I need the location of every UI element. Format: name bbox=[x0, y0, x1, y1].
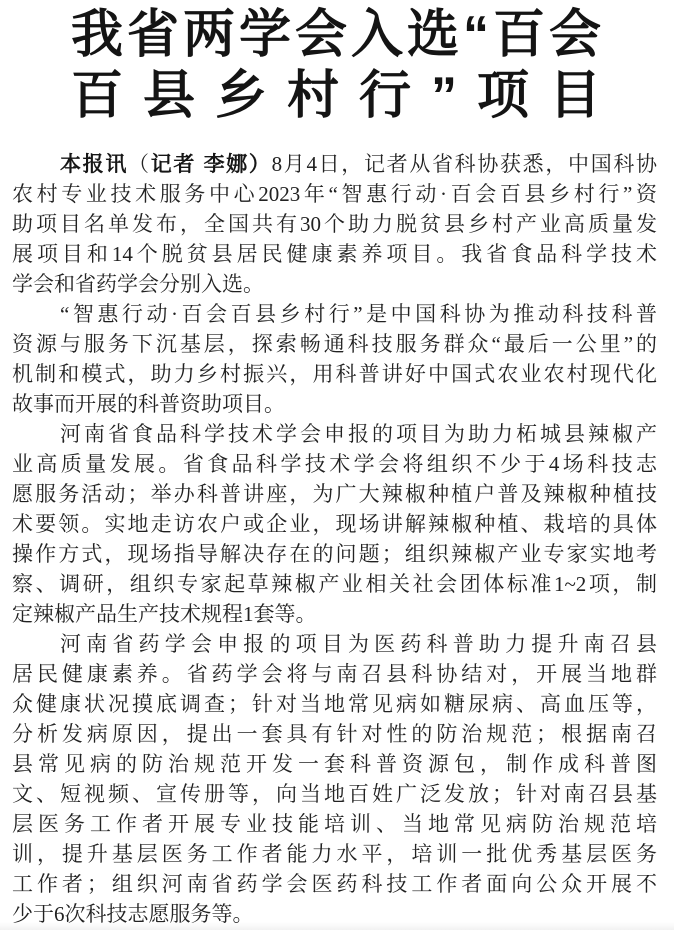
article-line: 分析发病原因，提出一套具有针对性的防治规范；根据南召 bbox=[12, 719, 657, 749]
article-line: 业高质量发展。省食品科学技术学会将组织不少于4场科技志 bbox=[12, 449, 657, 479]
article-line: 层医务工作者开展专业技能培训、当地常见病防治规范培 bbox=[12, 809, 657, 839]
article-line: 训，提升基层医务工作者能力水平，培训一批优秀基层医务 bbox=[12, 839, 657, 869]
article-line: 展项目和14个脱贫县居民健康素养项目。我省食品科学技术 bbox=[12, 239, 657, 269]
headline-line-2: 百县乡村行”项目 bbox=[71, 66, 601, 127]
article-line: 定辣椒产品生产技术规程1套等。 bbox=[12, 599, 657, 629]
article-line: 居民健康素养。省药学会将与南召县科协结对，开展当地群 bbox=[12, 659, 657, 689]
dateline-source: 本报讯 bbox=[60, 153, 128, 176]
article-line: 学会和省药学会分别入选。 bbox=[12, 269, 657, 299]
article-line: 工作者；组织河南省药学会医药科技工作者面向公众开展不 bbox=[12, 869, 657, 899]
article-line: 本报讯（记者 李娜）8月4日，记者从省科协获悉，中国科协 bbox=[12, 149, 657, 179]
article-line: 愿服务活动；举办科普讲座，为广大辣椒种植户普及辣椒种植技 bbox=[12, 479, 657, 509]
article-line: 河南省药学会申报的项目为医药科普助力提升南召县 bbox=[12, 629, 657, 659]
article-line: 机制和模式，助力乡村振兴，用科普讲好中国式农业农村现代化 bbox=[12, 359, 657, 389]
paragraph-pharmaceutical-society: 河南省药学会申报的项目为医药科普助力提升南召县 居民健康素养。省药学会将与南召县… bbox=[12, 629, 657, 929]
article-line: 文、短视频、宣传册等，向当地百姓广泛发放；针对南召县基 bbox=[12, 779, 657, 809]
article-line: 故事而开展的科普资助项目。 bbox=[12, 389, 657, 419]
paragraph-program-description: “智惠行动·百会百县乡村行”是中国科协为推动科技科普 资源与服务下沉基层，探索畅… bbox=[12, 299, 657, 419]
paragraph-intro: 本报讯（记者 李娜）8月4日，记者从省科协获悉，中国科协 农村专业技术服务中心2… bbox=[12, 149, 657, 299]
article-body: 本报讯（记者 李娜）8月4日，记者从省科协获悉，中国科协 农村专业技术服务中心2… bbox=[12, 149, 657, 929]
article-line: 县常见病的防治规范开发一套科普资源包，制作成科普图 bbox=[12, 749, 657, 779]
article-line: “智惠行动·百会百县乡村行”是中国科协为推动科技科普 bbox=[12, 299, 657, 329]
article-line: 资源与服务下沉基层，探索畅通科技服务群众“最后一公里”的 bbox=[12, 329, 657, 359]
article-line: 助项目名单发布，全国共有30个助力脱贫县乡村产业高质量发 bbox=[12, 209, 657, 239]
byline-reporter: 记者 李娜 bbox=[151, 153, 249, 176]
article-line: 术要领。实地走访农户或企业，现场讲解辣椒种植、栽培的具体 bbox=[12, 509, 657, 539]
line-text: 8月4日，记者从省科协获悉，中国科协 bbox=[272, 152, 657, 176]
byline-paren-open: （ bbox=[128, 153, 151, 176]
article-line: 察、调研，组织专家起草辣椒产业相关社会团体标准1~2项，制 bbox=[12, 569, 657, 599]
paragraph-food-science-society: 河南省食品科学技术学会申报的项目为助力柘城县辣椒产 业高质量发展。省食品科学技术… bbox=[12, 419, 657, 629]
headline-line-1: 我省两学会入选“百会 bbox=[71, 5, 601, 66]
byline-paren-close: ） bbox=[249, 153, 272, 176]
article-line: 河南省食品科学技术学会申报的项目为助力柘城县辣椒产 bbox=[12, 419, 657, 449]
page-edge-shadow bbox=[0, 922, 674, 930]
headline: 我省两学会入选“百会 百县乡村行”项目 bbox=[71, 5, 601, 127]
article-line: 操作方式，现场指导解决存在的问题；组织辣椒产业专家实地考 bbox=[12, 539, 657, 569]
article-line: 农村专业技术服务中心2023年“智惠行动·百会百县乡村行”资 bbox=[12, 179, 657, 209]
article-line: 众健康状况摸底调查；针对当地常见病如糖尿病、高血压等， bbox=[12, 689, 657, 719]
